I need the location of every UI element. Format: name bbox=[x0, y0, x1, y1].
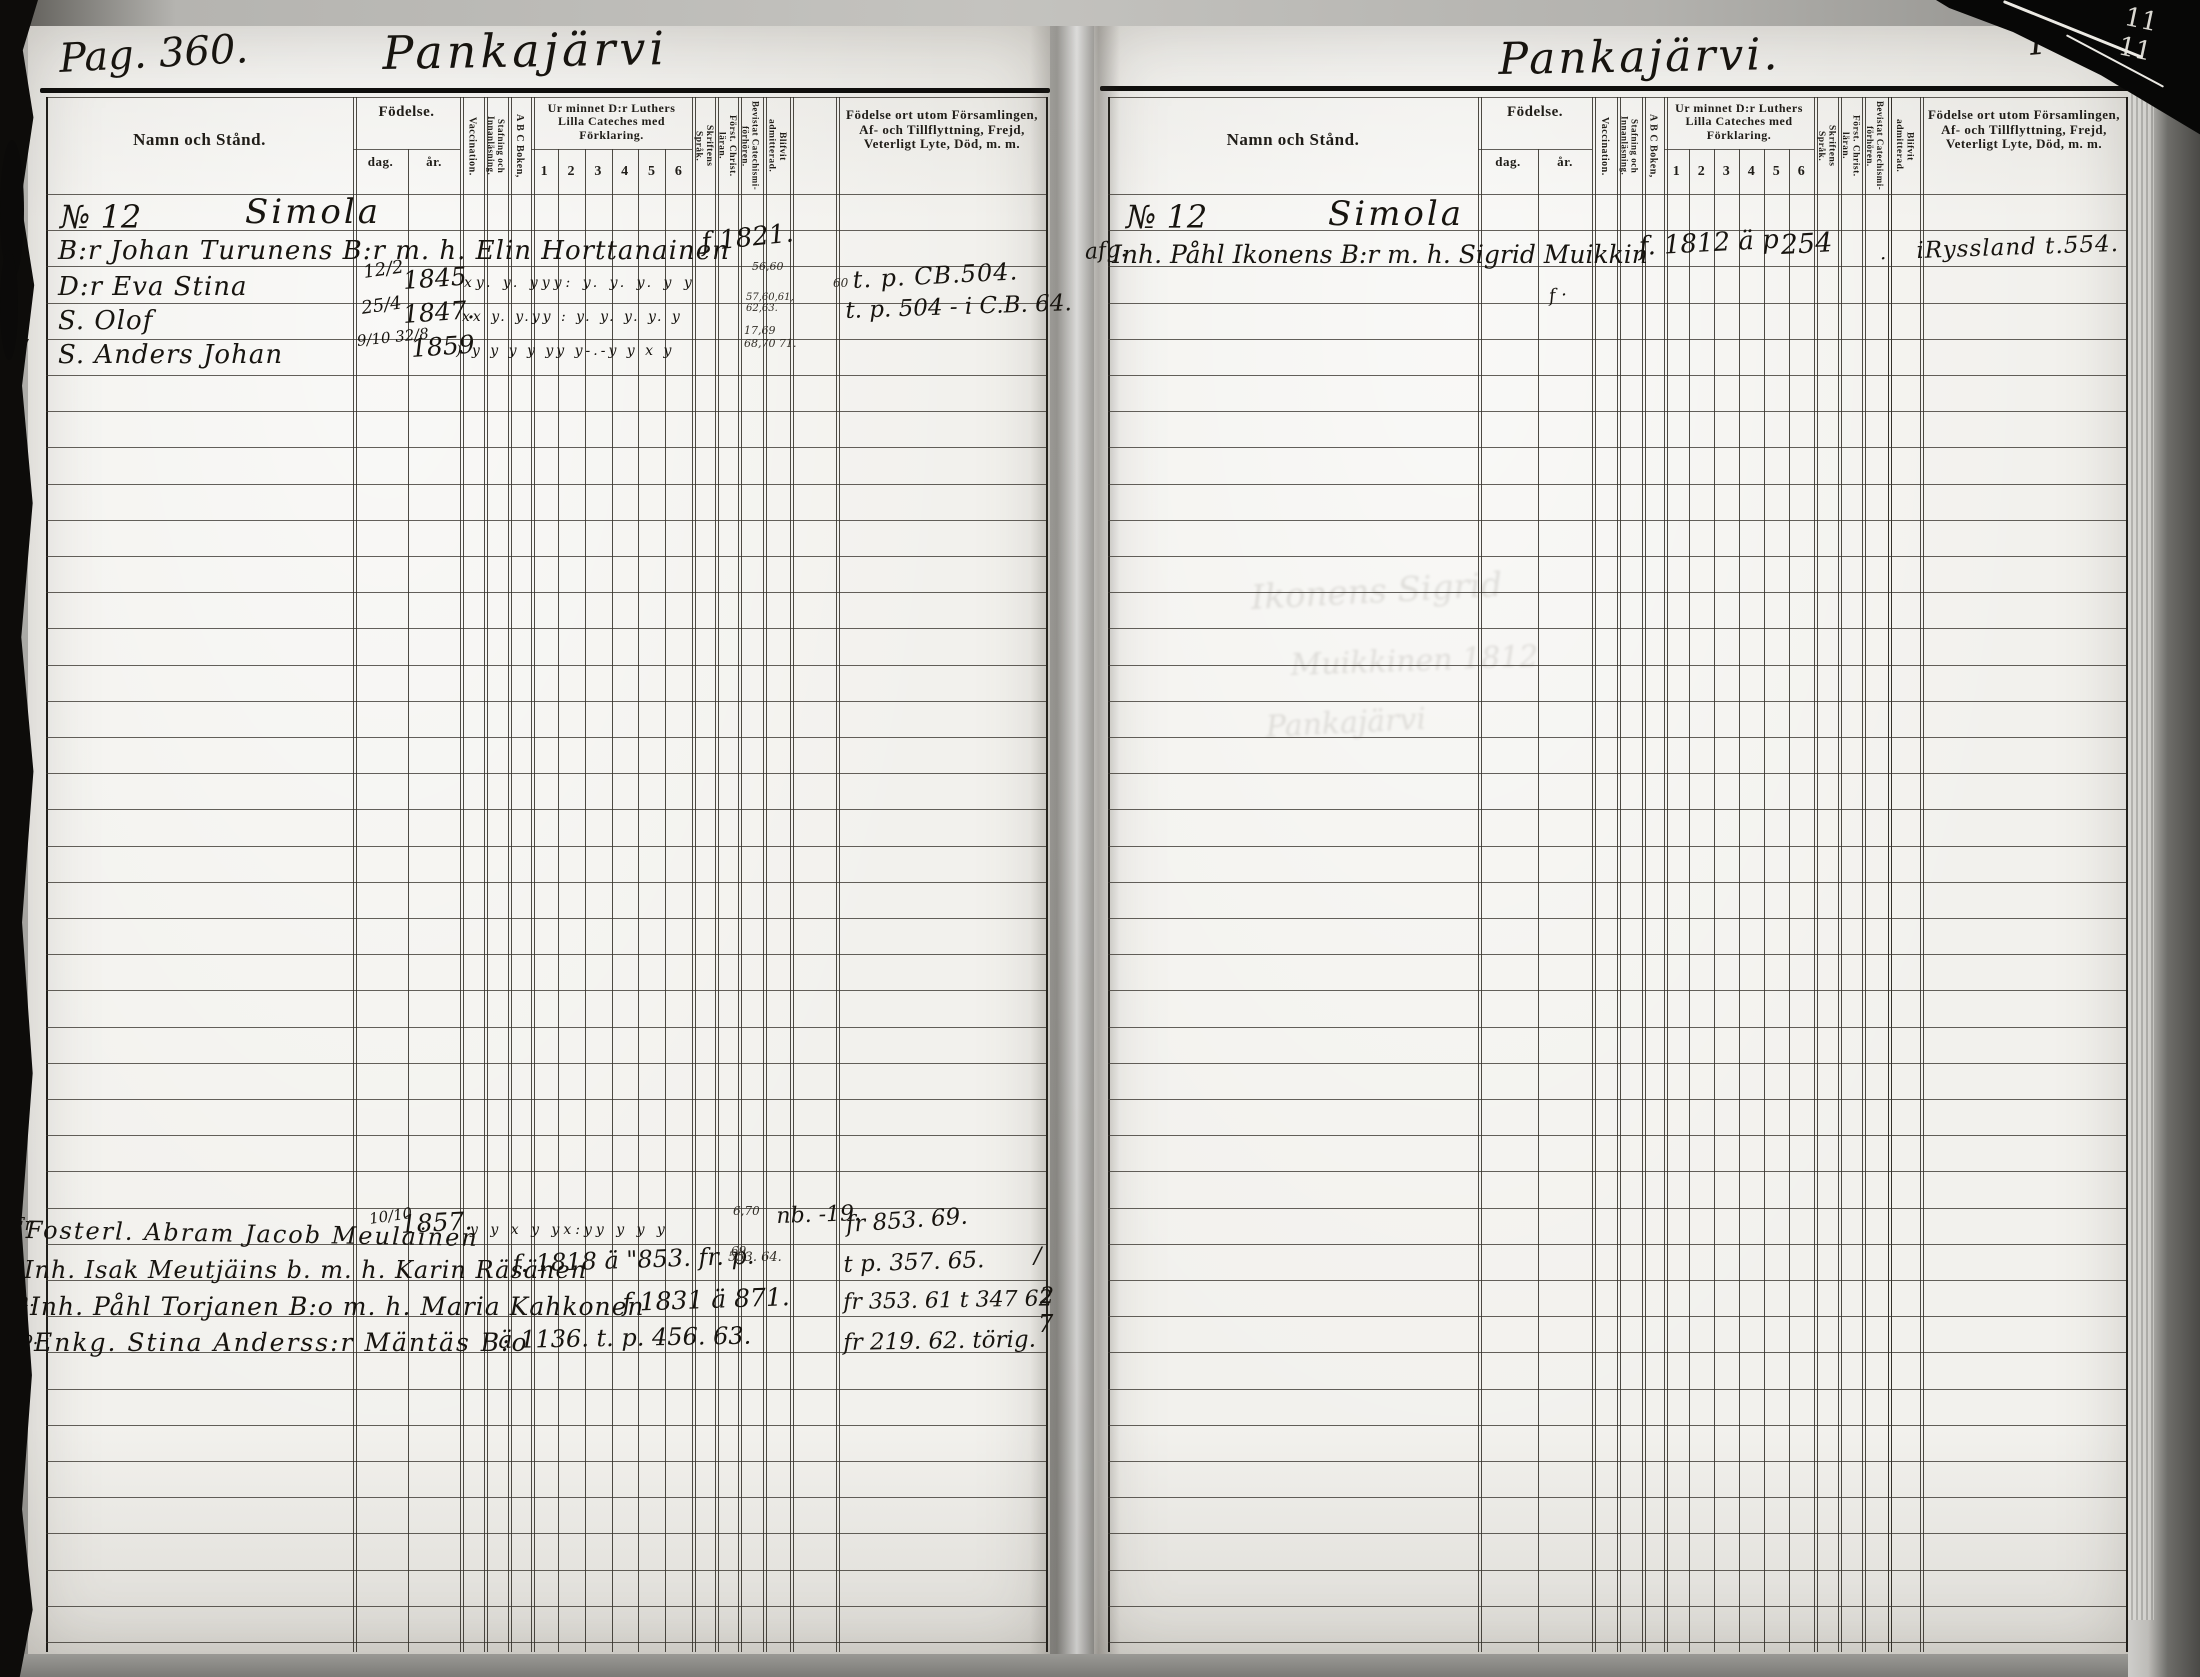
column-rule bbox=[715, 97, 716, 1652]
row-rule bbox=[46, 846, 1046, 847]
column-rule bbox=[839, 97, 840, 1652]
column-rule bbox=[1888, 97, 1889, 1652]
right-header-vaccination: Vaccination. bbox=[1592, 100, 1617, 192]
scan-edge-top bbox=[0, 0, 2200, 26]
row-rule bbox=[1108, 375, 2126, 376]
right-header-namn: Namn och Stånd. bbox=[1108, 130, 1478, 170]
cateches-number-1: 1 bbox=[531, 158, 558, 186]
row-rule bbox=[1108, 1244, 2126, 1245]
row-rule bbox=[1108, 1171, 2126, 1172]
row-rule bbox=[46, 194, 1046, 195]
handwriting-left-brow3-note: fr 353. 61 t 347 62 bbox=[843, 1286, 1053, 1315]
row-rule bbox=[46, 484, 1046, 485]
handwriting-left-no-label: № 12 bbox=[60, 198, 141, 236]
left-header-urminnet: Ur minnet D:r Luthers Lilla Cateches med… bbox=[535, 102, 688, 147]
column-rule bbox=[1592, 97, 1593, 1652]
right-header-fodelseort: Födelse ort utom Församlingen, Af- och T… bbox=[1924, 108, 2124, 182]
cateches-number-2: 2 bbox=[558, 158, 585, 186]
handwriting-left-brow1-bevistat: 6,70 bbox=[733, 1204, 760, 1218]
scanned-parish-register: Namn och Stånd.Födelse.dag.år.Vaccinatio… bbox=[0, 0, 2200, 1677]
edge-ink-blob bbox=[0, 250, 18, 360]
row-rule bbox=[1108, 1533, 2126, 1534]
row-rule bbox=[1108, 520, 2126, 521]
handwriting-left-brow3-edge: 2 bbox=[1040, 1284, 1054, 1309]
left-header-ar: år. bbox=[408, 155, 460, 188]
row-rule bbox=[1108, 882, 2126, 883]
stacked-page-edges bbox=[2128, 60, 2154, 1620]
right-header-forst: Först. Christ. läran. bbox=[1838, 100, 1862, 192]
row-rule bbox=[1108, 230, 2126, 231]
row-rule bbox=[1108, 1280, 2126, 1281]
handwriting-left-brow3-mid: f 1831 ä 871. bbox=[622, 1282, 790, 1317]
row-rule bbox=[1108, 1316, 2126, 1317]
row-rule bbox=[46, 520, 1046, 521]
row-rule bbox=[46, 1099, 1046, 1100]
column-rule bbox=[1620, 97, 1621, 1652]
handwriting-left-row1-bevistat: 56,60 bbox=[752, 260, 784, 273]
cateches-number-5: 5 bbox=[1764, 158, 1789, 186]
handwriting-right-row1-dot: · bbox=[1880, 246, 1886, 270]
fodelse-divider bbox=[353, 149, 460, 150]
row-rule bbox=[1108, 1606, 2126, 1607]
cateches-number-4: 4 bbox=[612, 158, 639, 186]
column-rule bbox=[353, 97, 354, 1652]
handwriting-left-brow4-name: Enkg. Stina Anderss:r Mäntäs B:o bbox=[34, 1328, 529, 1357]
row-rule bbox=[1108, 990, 2126, 991]
column-rule bbox=[1838, 97, 1839, 1652]
column-rule bbox=[1814, 97, 1815, 1652]
row-rule bbox=[1108, 701, 2126, 702]
row-rule bbox=[1108, 484, 2126, 485]
row-rule bbox=[46, 1533, 1046, 1534]
row-rule bbox=[46, 1642, 1046, 1643]
row-rule bbox=[1108, 628, 2126, 629]
handwriting-left-brow2-bevistat: 553. 64. bbox=[728, 1250, 782, 1265]
column-rule bbox=[1645, 97, 1646, 1652]
column-rule bbox=[1478, 97, 1479, 1652]
column-rule bbox=[1891, 97, 1892, 1652]
row-rule bbox=[46, 737, 1046, 738]
row-rule bbox=[1108, 339, 2126, 340]
row-rule bbox=[46, 1389, 1046, 1390]
cateches-number-2: 2 bbox=[1689, 158, 1714, 186]
cateches-number-1: 1 bbox=[1664, 158, 1689, 186]
header-top-rule bbox=[46, 97, 1046, 98]
column-rule bbox=[1865, 97, 1866, 1652]
handwriting-left-village: Simola bbox=[245, 192, 381, 232]
row-rule bbox=[46, 665, 1046, 666]
row-rule bbox=[1108, 1027, 2126, 1028]
handwriting-right-row1-name: Inh. Påhl Ikonens B:r m. h. Sigrid Muikk… bbox=[1112, 240, 1648, 269]
row-rule bbox=[1108, 411, 2126, 412]
right-header-abc: A B C Boken, bbox=[1642, 100, 1664, 192]
column-rule bbox=[738, 97, 739, 1652]
left-header-namn: Namn och Stånd. bbox=[46, 130, 353, 170]
title-rule bbox=[1100, 86, 2130, 91]
column-rule bbox=[1862, 97, 1863, 1652]
title-rule bbox=[40, 88, 1050, 93]
column-rule bbox=[1920, 97, 1921, 1652]
column-rule bbox=[1481, 97, 1482, 1652]
right-header-bevistat: Bevistat Catechismi- förhören. bbox=[1862, 100, 1888, 192]
handwriting-left-brow3-name: Inh. Påhl Torjanen B:o m. h. Maria Kahko… bbox=[30, 1292, 645, 1321]
row-rule bbox=[46, 628, 1046, 629]
column-rule bbox=[718, 97, 719, 1652]
row-rule bbox=[1108, 1099, 2126, 1100]
row-rule bbox=[1108, 1063, 2126, 1064]
right-header-skriftens: Skriftens Språk. bbox=[1814, 100, 1838, 192]
row-rule bbox=[1108, 1389, 2126, 1390]
row-rule bbox=[1108, 773, 2126, 774]
column-rule bbox=[1667, 97, 1668, 1652]
scan-edge-bottom bbox=[0, 1654, 2200, 1677]
row-rule bbox=[1108, 194, 2126, 195]
column-rule bbox=[1617, 97, 1618, 1652]
row-rule bbox=[46, 230, 1046, 231]
row-rule bbox=[1108, 303, 2126, 304]
row-rule bbox=[46, 447, 1046, 448]
row-rule bbox=[46, 701, 1046, 702]
handwriting-right-row2-mark: f · bbox=[1548, 284, 1568, 306]
column-rule bbox=[511, 97, 512, 1652]
fodelse-divider bbox=[1478, 149, 1592, 150]
row-rule bbox=[1108, 447, 2126, 448]
handwriting-left-brow2-tick: / bbox=[1034, 1244, 1041, 1269]
row-rule bbox=[1108, 1642, 2126, 1643]
row-rule bbox=[46, 990, 1046, 991]
left-header-fodelseort: Födelse ort utom Församlingen, Af- och T… bbox=[840, 108, 1044, 182]
cateches-divider bbox=[1664, 149, 1814, 150]
cateches-number-4: 4 bbox=[1739, 158, 1764, 186]
row-rule bbox=[1108, 918, 2126, 919]
row-rule bbox=[46, 1425, 1046, 1426]
row-rule bbox=[46, 809, 1046, 810]
row-rule bbox=[1108, 737, 2126, 738]
row-rule bbox=[46, 375, 1046, 376]
column-rule bbox=[1642, 97, 1643, 1652]
cateches-number-6: 6 bbox=[1789, 158, 1814, 186]
page-border bbox=[46, 97, 48, 1652]
column-rule bbox=[836, 97, 837, 1652]
handwriting-right-village: Simola bbox=[1328, 194, 1464, 234]
row-rule bbox=[1108, 665, 2126, 666]
handwriting-left-row3-marks: xx y. y.yy : y. y. y. y. y bbox=[462, 309, 683, 325]
right-header-dag: dag. bbox=[1478, 155, 1538, 188]
column-rule bbox=[1817, 97, 1818, 1652]
handwriting-left-brow1-ar: 1857. bbox=[400, 1206, 473, 1239]
handwriting-left-row3-name: S. Olof bbox=[58, 306, 153, 336]
left-header-abc: A B C Boken, bbox=[508, 100, 531, 192]
row-rule bbox=[46, 1135, 1046, 1136]
column-rule bbox=[1595, 97, 1596, 1652]
handwriting-left-brow4-note: fr 219. 62. törig. bbox=[843, 1327, 1036, 1356]
row-rule bbox=[46, 1027, 1046, 1028]
handwriting-left-row2-adm: 60 bbox=[833, 276, 848, 290]
column-rule bbox=[484, 97, 485, 1652]
left-header-vaccination: Vaccination. bbox=[460, 100, 484, 192]
left-header-skriftens: Skriftens Språk. bbox=[692, 100, 715, 192]
row-rule bbox=[46, 1461, 1046, 1462]
right-header-fodelse: Födelse. bbox=[1478, 104, 1592, 134]
left-header-dag: dag. bbox=[353, 155, 408, 188]
column-rule bbox=[741, 97, 742, 1652]
handwriting-right-no-label: № 12 bbox=[1126, 198, 1207, 236]
row-rule bbox=[46, 1570, 1046, 1571]
cateches-divider bbox=[531, 149, 692, 150]
column-rule bbox=[692, 97, 693, 1652]
cateches-number-3: 3 bbox=[1714, 158, 1739, 186]
column-rule bbox=[508, 97, 509, 1652]
row-rule bbox=[1108, 809, 2126, 810]
handwriting-left-row2-ar: 1845 bbox=[402, 262, 467, 295]
left-header-stafning: Stafning och Innanläsning. bbox=[484, 100, 508, 192]
handwriting-left-row4-name: S. Anders Johan bbox=[58, 340, 283, 370]
row-rule bbox=[46, 411, 1046, 412]
row-rule bbox=[46, 1063, 1046, 1064]
left-header-forst: Först. Christ. läran. bbox=[715, 100, 738, 192]
row-rule bbox=[46, 773, 1046, 774]
row-rule bbox=[1108, 1352, 2126, 1353]
cateches-number-3: 3 bbox=[585, 158, 612, 186]
row-rule bbox=[46, 954, 1046, 955]
row-rule bbox=[1108, 1570, 2126, 1571]
page-border bbox=[1108, 97, 1110, 1652]
page-border bbox=[1046, 97, 1048, 1652]
cateches-number-6: 6 bbox=[665, 158, 692, 186]
row-rule bbox=[46, 1171, 1046, 1172]
row-rule bbox=[46, 882, 1046, 883]
row-rule bbox=[1108, 556, 2126, 557]
row-rule bbox=[46, 592, 1046, 593]
left-header-bevistat: Bevistat Catechismi- förhören. bbox=[738, 100, 763, 192]
row-rule bbox=[1108, 1461, 2126, 1462]
row-rule bbox=[1108, 1425, 2126, 1426]
handwriting-left-row4-marks: ) y y y y yy y-.-y y x y bbox=[456, 343, 674, 359]
left-header-fodelse: Födelse. bbox=[353, 104, 460, 134]
column-rule bbox=[487, 97, 488, 1652]
handwriting-left-brow1-marks: y y x y yx:yy y y y bbox=[470, 1222, 669, 1238]
row-rule bbox=[46, 918, 1046, 919]
cateches-number-5: 5 bbox=[638, 158, 665, 186]
handwriting-left-row2-name: D:r Eva Stina bbox=[58, 272, 248, 302]
left-header-blifvit: Blifvit admitterad. bbox=[763, 100, 790, 192]
handwriting-left-row2-marks: xy. y. yyy: y. y. y. y y bbox=[464, 275, 696, 291]
handwriting-left-brow4-mid: ä 1136. t. p. 456. 63. bbox=[498, 1322, 751, 1354]
column-rule bbox=[531, 97, 532, 1652]
handwriting-left-brow4-edge: 7 bbox=[1038, 1310, 1053, 1338]
row-rule bbox=[46, 1497, 1046, 1498]
row-rule bbox=[1108, 1135, 2126, 1136]
handwriting-left-brow2-note: t p. 357. 65. bbox=[843, 1247, 985, 1278]
handwriting-right-row1-254: 254 bbox=[1780, 227, 1833, 261]
row-rule bbox=[1108, 592, 2126, 593]
row-rule bbox=[1108, 954, 2126, 955]
row-rule bbox=[1108, 846, 2126, 847]
column-rule bbox=[1664, 97, 1665, 1652]
right-header-stafning: Stafning och Innanläsning. bbox=[1617, 100, 1642, 192]
row-rule bbox=[1108, 1497, 2126, 1498]
column-rule bbox=[1841, 97, 1842, 1652]
row-rule bbox=[1108, 1208, 2126, 1209]
right-header-urminnet: Ur minnet D:r Luthers Lilla Cateches med… bbox=[1668, 102, 1810, 147]
column-rule bbox=[695, 97, 696, 1652]
right-header-ar: år. bbox=[1538, 155, 1592, 188]
right-header-blifvit: Blifvit admitterad. bbox=[1888, 100, 1920, 192]
handwriting-left-row3-bevistat: 57,60,61, 62,63. bbox=[746, 292, 794, 314]
handwriting-left-row4-bevistat: 17,69 68,70 71. bbox=[744, 324, 796, 350]
column-rule bbox=[356, 97, 357, 1652]
column-rule bbox=[534, 97, 535, 1652]
column-rule bbox=[1923, 97, 1924, 1652]
row-rule bbox=[46, 1606, 1046, 1607]
handwriting-page-left-title: Pankajärvi bbox=[382, 21, 669, 80]
handwriting-page-right-title: Pankajärvi. bbox=[1498, 29, 1781, 85]
row-rule bbox=[46, 556, 1046, 557]
handwriting-left-brow2-name: Inh. Isak Meutjäins b. m. h. Karin Räsän… bbox=[24, 1256, 587, 1284]
